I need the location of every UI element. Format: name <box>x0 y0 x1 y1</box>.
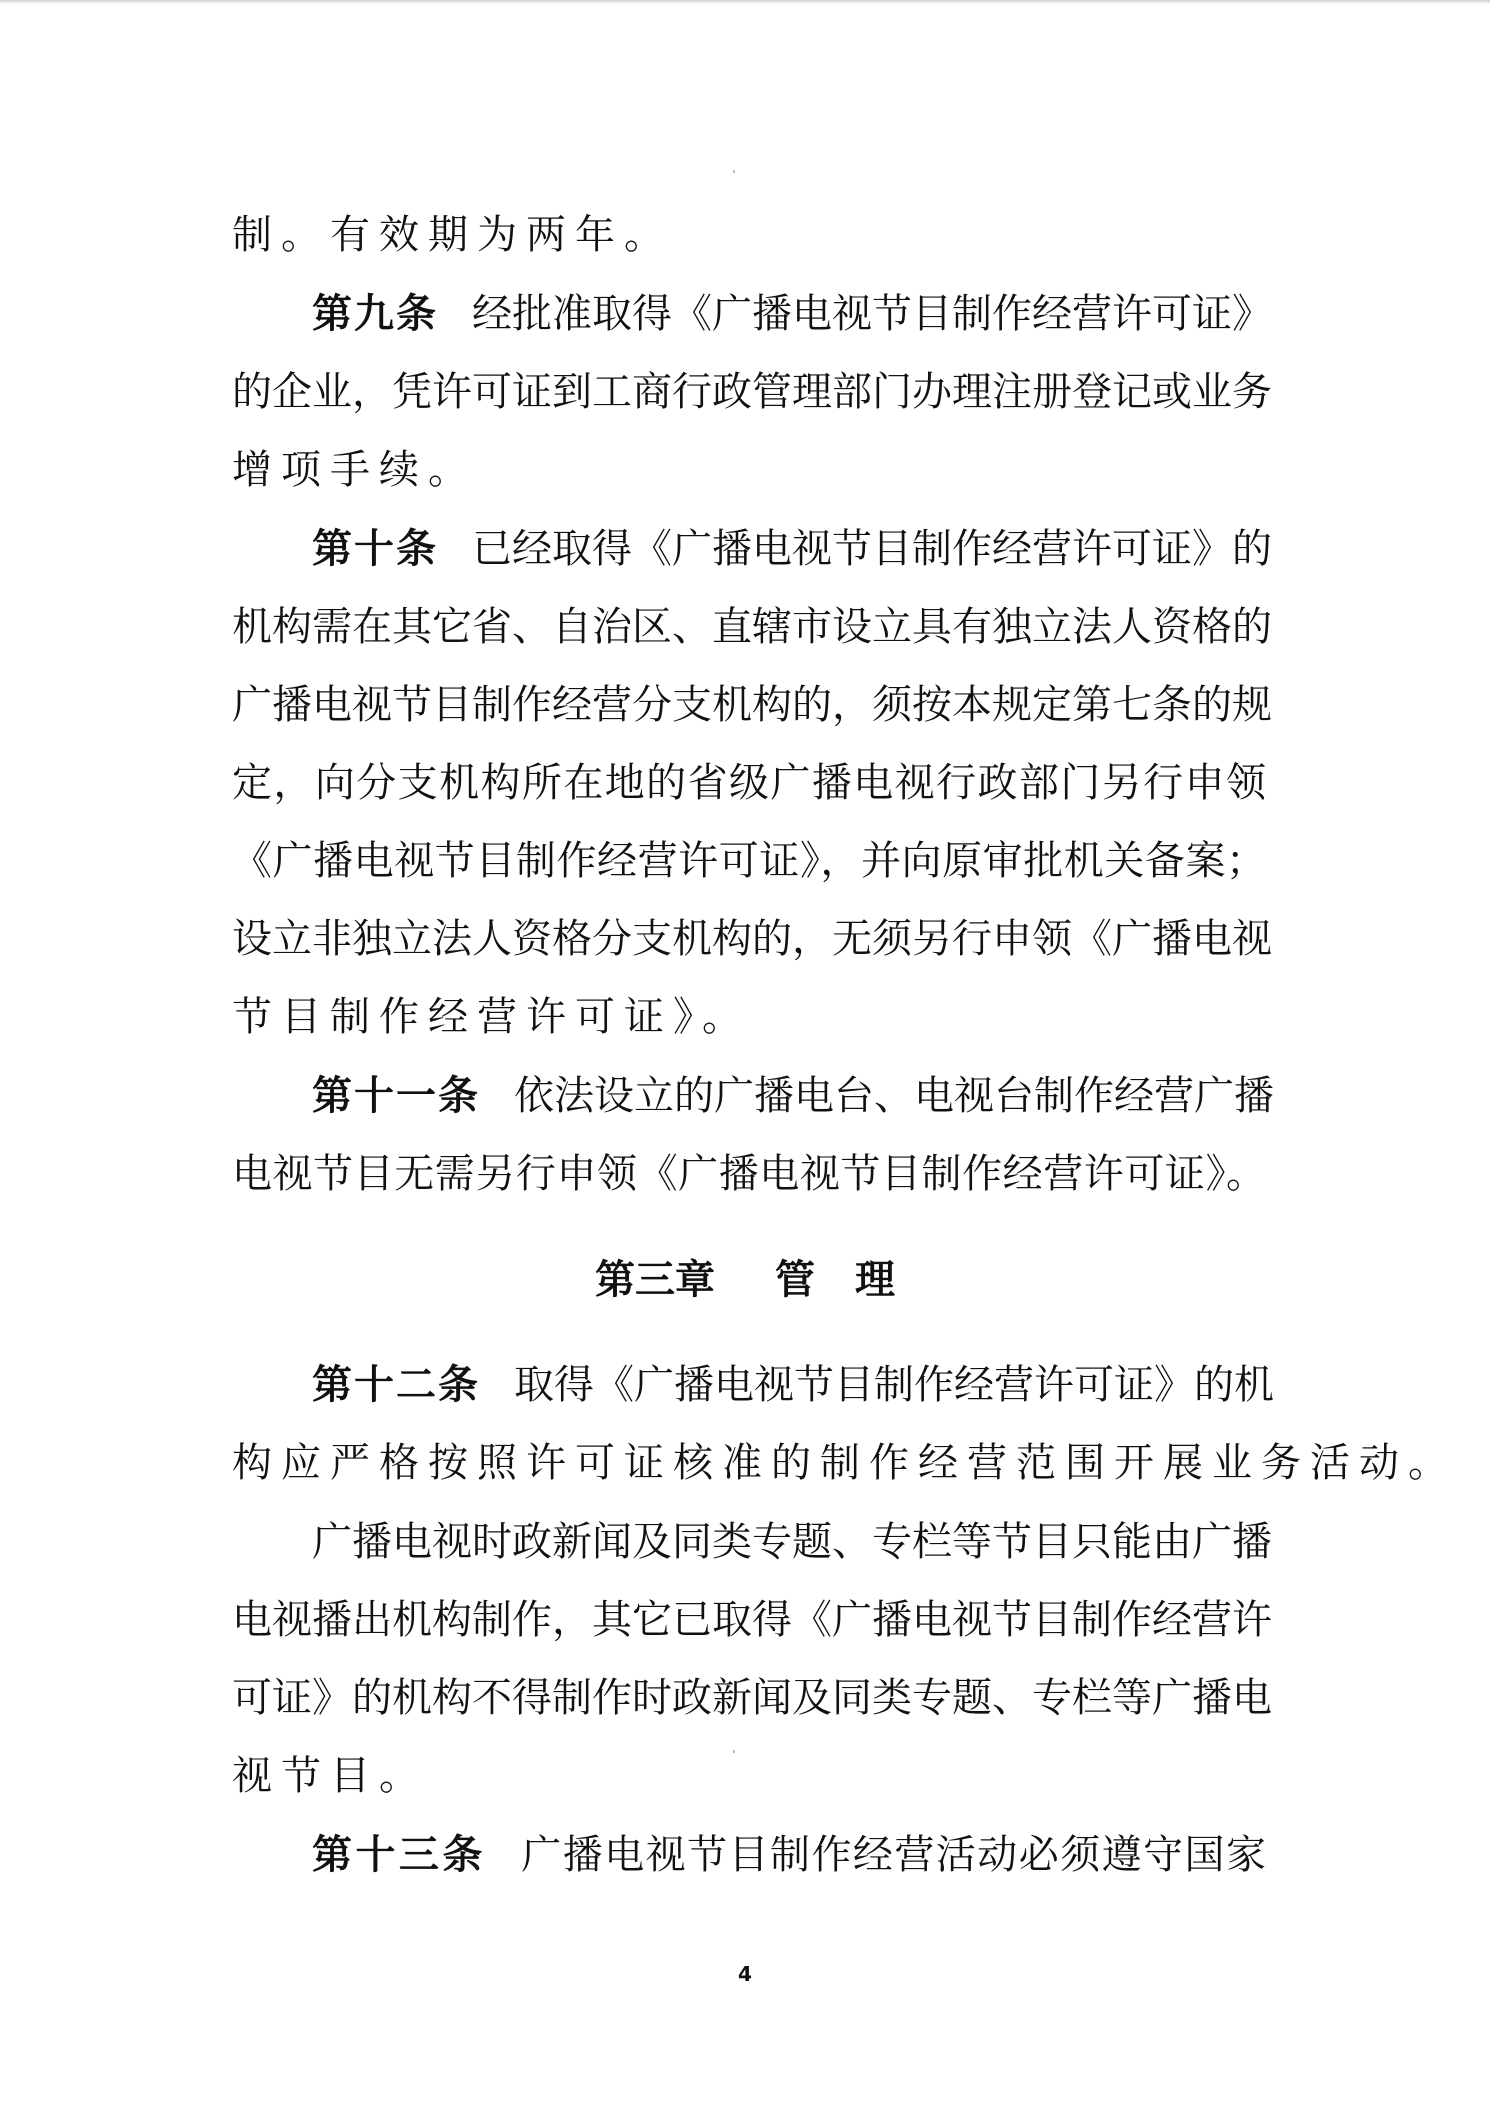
article-13-line: 第十三条广播电视节目制作经营活动必须遵守国家 <box>232 1825 1266 1885</box>
article-text: 经批准取得《广播电视节目制作经营许可证》 <box>472 291 1272 337</box>
text-line: 广播电视时政新闻及同类专题、专栏等节目只能由广播 <box>232 1512 1266 1572</box>
article-12-line: 第十二条取得《广播电视节目制作经营许可证》的机 <box>232 1355 1266 1415</box>
article-11-line: 第十一条依法设立的广播电台、电视台制作经营广播 <box>232 1066 1266 1126</box>
text-line: 电视播出机构制作，其它已取得《广播电视节目制作经营许 <box>232 1590 1266 1650</box>
text-line: 定，向分支机构所在地的省级广播电视行政部门另行申领 <box>232 753 1266 813</box>
article-label: 第十三条 <box>312 1832 486 1878</box>
scan-speck <box>733 170 735 173</box>
text-line: 广播电视节目制作经营分支机构的，须按本规定第七条的规 <box>232 675 1266 735</box>
article-text: 已经取得《广播电视节目制作经营许可证》的 <box>472 526 1272 572</box>
chapter-heading: 第三章管理 <box>0 1250 1490 1310</box>
chapter-number: 第三章 <box>595 1257 715 1303</box>
text-line: 制。有效期为两年。 <box>232 205 1266 265</box>
text-line: 视节目。 <box>232 1746 1266 1806</box>
article-text: 依法设立的广播电台、电视台制作经营广播 <box>514 1073 1274 1119</box>
article-text: 广播电视节目制作经营活动必须遵守国家 <box>520 1832 1266 1878</box>
text-line: 构应严格按照许可证核准的制作经营范围开展业务活动。 <box>232 1433 1266 1493</box>
chapter-title-char: 理 <box>855 1257 895 1303</box>
text-line: 《广播电视节目制作经营许可证》，并向原审批机关备案； <box>232 831 1266 891</box>
text-line: 增项手续。 <box>232 440 1266 500</box>
text-line: 可证》的机构不得制作时政新闻及同类专题、专栏等广播电 <box>232 1668 1266 1728</box>
article-9-line: 第九条经批准取得《广播电视节目制作经营许可证》 <box>232 284 1266 344</box>
text-line: 机构需在其它省、自治区、直辖市设立具有独立法人资格的 <box>232 597 1266 657</box>
page-number: 4 <box>0 1962 1490 1986</box>
text-line: 设立非独立法人资格分支机构的，无须另行申领《广播电视 <box>232 909 1266 969</box>
chapter-title-char: 管 <box>775 1257 815 1303</box>
text-line: 的企业，凭许可证到工商行政管理部门办理注册登记或业务 <box>232 362 1266 422</box>
article-10-line: 第十条已经取得《广播电视节目制作经营许可证》的 <box>232 519 1266 579</box>
text-line: 电视节目无需另行申领《广播电视节目制作经营许可证》。 <box>232 1144 1266 1204</box>
text-line: 节目制作经营许可证》。 <box>232 987 1266 1047</box>
article-text: 取得《广播电视节目制作经营许可证》的机 <box>514 1362 1274 1408</box>
article-label: 第十二条 <box>312 1362 480 1408</box>
article-label: 第十条 <box>312 526 438 572</box>
article-label: 第十一条 <box>312 1073 480 1119</box>
scan-top-edge <box>0 0 1490 4</box>
article-label: 第九条 <box>312 291 438 337</box>
